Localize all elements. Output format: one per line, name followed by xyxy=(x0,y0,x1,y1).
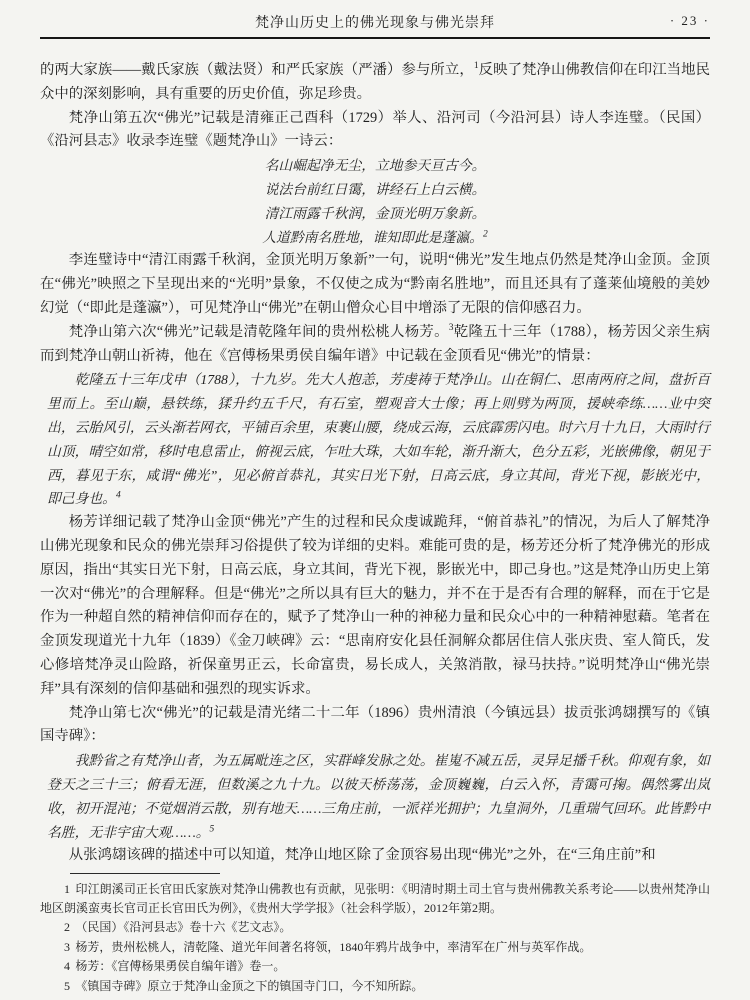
footnote-number: 4 xyxy=(64,959,70,973)
footnote-item: 5《镇国寺碑》原立于梵净山金顶之下的镇国寺门口，今不知所踪。 xyxy=(40,977,710,996)
poem-line: 名山崛起净无尘，立地参天亘古今。 xyxy=(40,154,710,178)
running-header: 梵净山历史上的佛光现象与佛光崇拜 · 23 · xyxy=(40,12,710,39)
poem-line: 人道黔南名胜地，谁知即此是蓬瀛。2 xyxy=(40,226,710,250)
footnote-text: 杨芳：《宫傅杨果勇侯自编年谱》卷一。 xyxy=(75,959,285,973)
footnote-item: 1印江朗溪司正长官田氏家族对梵净山佛教也有贡献，见张明：《明清时期土司土官与贵州… xyxy=(40,880,710,919)
running-header-title: 梵净山历史上的佛光现象与佛光崇拜 xyxy=(255,16,495,31)
poem-line: 清江雨露千秋润，金顶光明万象新。 xyxy=(40,202,710,226)
footnote-text: （民国）《沿河县志》卷十六《艺文志》。 xyxy=(75,920,291,934)
quote-block-yangfang: 乾隆五十三年戊申（1788），十九岁。先大人抱恙，芳虔祷于梵净山。山在铜仁、思南… xyxy=(47,368,710,511)
footnote-item: 2（民国）《沿河县志》卷十六《艺文志》。 xyxy=(40,918,710,937)
para-1-text: 的两大家族——戴氏家族（戴法贤）和严氏家族（严潘）参与所立， xyxy=(40,62,474,78)
para-2: 梵净山第五次“佛光”记载是清雍正己酉科（1729）举人、沿河司（今沿河县）诗人李… xyxy=(40,107,710,155)
footnote-number: 5 xyxy=(64,979,70,993)
footnote-separator xyxy=(70,873,220,874)
para-3: 李连璧诗中“清江雨露千秋润，金顶光明万象新”一句，说明“佛光”发生地点仍然是梵净… xyxy=(40,249,710,320)
footnote-number: 2 xyxy=(64,920,70,934)
para-7: 从张鸿翃该碑的描述中可以知道，梵净山地区除了金顶容易出现“佛光”之外，在“三角庄… xyxy=(40,844,710,868)
para-5: 杨芳详细记载了梵净山金顶“佛光”产生的过程和民众虔诚跪拜，“俯首恭礼”的情况，为… xyxy=(40,511,710,701)
quote-text: 我黔省之有梵净山者，为五属毗连之区，实群峰发脉之处。崔嵬不减五岳，灵异足播千秋。… xyxy=(47,753,710,839)
page-number: · 23 · xyxy=(670,13,710,29)
footnote-ref-5: 5 xyxy=(210,824,215,834)
page-body: 的两大家族——戴氏家族（戴法贤）和严氏家族（严潘）参与所立，1反映了梵净山佛教信… xyxy=(40,59,710,868)
para-6: 梵净山第七次“佛光”的记载是清光绪二十二年（1896）贵州清浪（今镇远县）拔贡张… xyxy=(40,702,710,750)
poem-block: 名山崛起净无尘，立地参天亘古今。 说法台前红日霭，讲经石上白云横。 清江雨露千秋… xyxy=(40,154,710,249)
footnote-text: 《镇国寺碑》原立于梵净山金顶之下的镇国寺门口，今不知所踪。 xyxy=(75,979,423,993)
footnote-ref-4: 4 xyxy=(116,491,121,501)
quote-block-zhenguo-temple-stele: 我黔省之有梵净山者，为五属毗连之区，实群峰发脉之处。崔嵬不减五岳，灵异足播千秋。… xyxy=(47,749,710,844)
footnotes-section: 1印江朗溪司正长官田氏家族对梵净山佛教也有贡献，见张明：《明清时期土司土官与贵州… xyxy=(40,873,710,996)
footnote-item: 4杨芳：《宫傅杨果勇侯自编年谱》卷一。 xyxy=(40,957,710,976)
poem-line: 说法台前红日霭，讲经石上白云横。 xyxy=(40,178,710,202)
document-page: 梵净山历史上的佛光现象与佛光崇拜 · 23 · 的两大家族——戴氏家族（戴法贤）… xyxy=(0,0,750,1000)
para-4: 梵净山第六次“佛光”记载是清乾隆年间的贵州松桃人杨芳。3乾隆五十三年（1788）… xyxy=(40,321,710,369)
para-4-text: 梵净山第六次“佛光”记载是清乾隆年间的贵州松桃人杨芳。 xyxy=(69,324,449,340)
quote-text: 乾隆五十三年戊申（1788），十九岁。先大人抱恙，芳虔祷于梵净山。山在铜仁、思南… xyxy=(47,372,710,506)
poem-line-text: 人道黔南名胜地，谁知即此是蓬瀛。 xyxy=(262,230,483,245)
footnotes-list: 1印江朗溪司正长官田氏家族对梵净山佛教也有贡献，见张明：《明清时期土司土官与贵州… xyxy=(40,880,710,996)
footnote-text: 杨芳，贵州松桃人，清乾隆、道光年间著名将领，1840年鸦片战争中，率清军在广州与… xyxy=(75,940,591,954)
footnote-ref-2: 2 xyxy=(483,229,488,239)
footnote-number: 3 xyxy=(64,940,70,954)
header-rule xyxy=(40,37,710,39)
footnote-item: 3杨芳，贵州松桃人，清乾隆、道光年间著名将领，1840年鸦片战争中，率清军在广州… xyxy=(40,938,710,957)
footnote-text: 印江朗溪司正长官田氏家族对梵净山佛教也有贡献，见张明：《明清时期土司土官与贵州佛… xyxy=(40,882,710,915)
footnote-number: 1 xyxy=(64,882,70,896)
para-1: 的两大家族——戴氏家族（戴法贤）和严氏家族（严潘）参与所立，1反映了梵净山佛教信… xyxy=(40,59,710,107)
